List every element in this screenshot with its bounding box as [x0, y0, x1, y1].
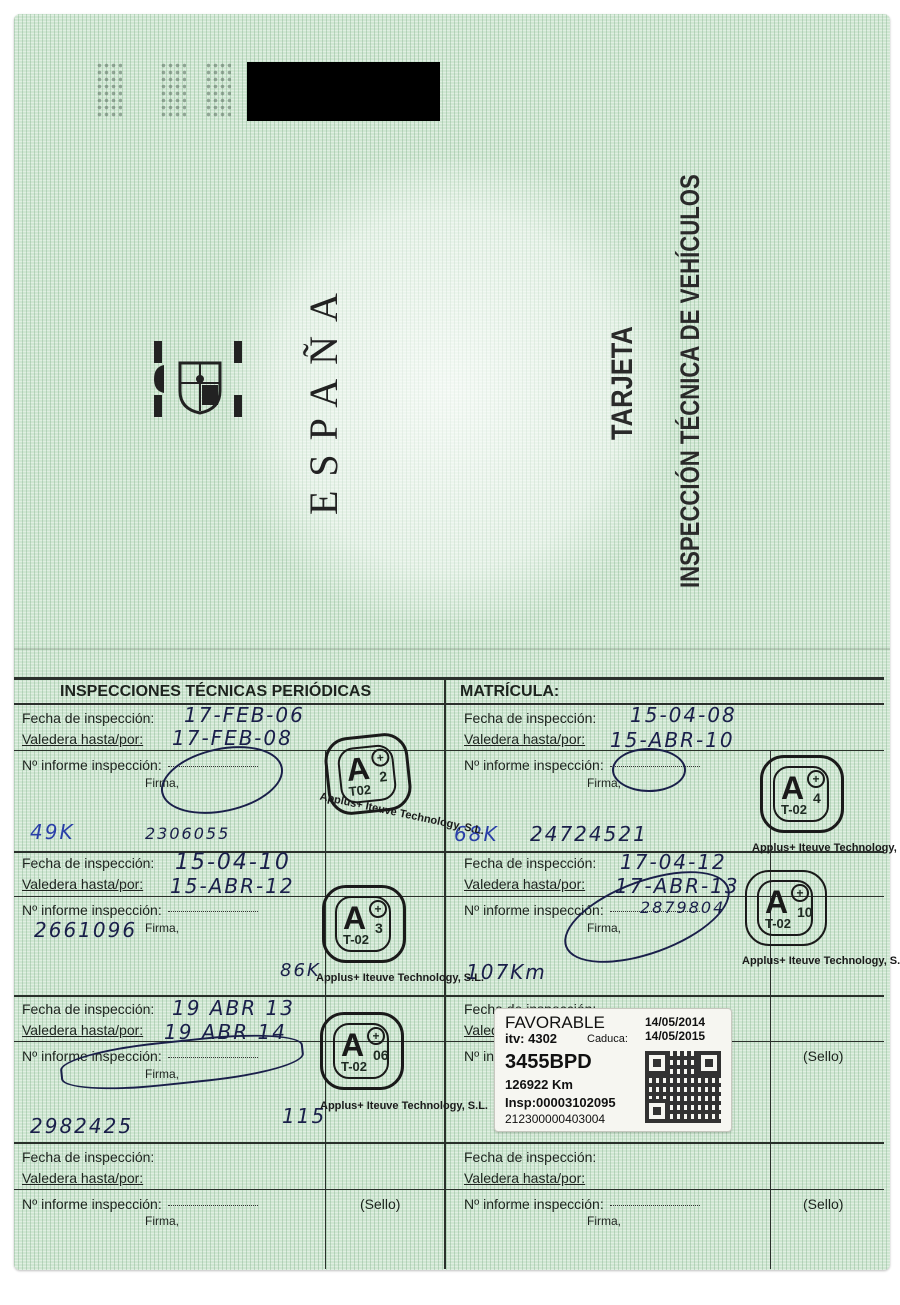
handwritten-km: 49K	[30, 820, 75, 844]
itv-stamp: A+06T-02	[320, 1012, 404, 1090]
left-section-header: INSPECCIONES TÉCNICAS PERIÓDICAS	[60, 683, 371, 701]
fecha-label: Fecha de inspección:	[22, 1149, 154, 1165]
fecha-label: Fecha de inspección:	[22, 1001, 154, 1017]
itv-sticker: FAVORABLE 14/05/2014 itv: 4302 Caduca: 1…	[494, 1008, 732, 1132]
divider	[14, 677, 884, 680]
valedera-label: Valedera hasta/por:	[464, 1170, 585, 1186]
sticker-result: FAVORABLE	[505, 1013, 605, 1033]
qr-code-icon	[645, 1051, 721, 1123]
valedera-label: Valedera hasta/por:	[22, 876, 143, 892]
informe-label: Nº informe inspección:	[22, 902, 258, 918]
signature	[612, 748, 686, 792]
stamp-company: Applus+ Iteuve Technology, S.L.	[320, 1100, 488, 1112]
handwritten-informe: 2982425	[30, 1114, 133, 1138]
card-title: TARJETA	[606, 326, 640, 440]
handwritten-fecha: 15-04-08	[630, 703, 737, 727]
country-title: ESPAÑA	[300, 279, 347, 515]
stamp-company: Applus+ Iteuve Technology, S.L.	[742, 955, 900, 967]
spain-coat-of-arms-icon	[150, 335, 246, 423]
valedera-label: Valedera hasta/por:	[22, 1170, 143, 1186]
redaction-box	[247, 62, 440, 121]
sticker-km: 126922 Km	[505, 1077, 573, 1092]
sticker-code: 212300000403004	[505, 1112, 605, 1126]
card-subtitle: INSPECCIÓN TÉCNICA DE VEHÍCULOS	[675, 174, 706, 588]
itv-stamp: A+10T-02	[745, 870, 827, 946]
stamp-company: Applus+ Iteuve Technology, S.L.	[752, 842, 900, 854]
sticker-insp: Insp:00003102095	[505, 1095, 616, 1110]
handwritten-fecha: 15-04-10	[175, 850, 291, 875]
handwritten-valedera: 15-ABR-12	[170, 874, 295, 898]
handwritten-fecha: 17-04-12	[620, 850, 727, 874]
perforation-digit	[205, 62, 231, 118]
handwritten-informe: 24724521	[530, 822, 648, 846]
handwritten-fecha: 17-FEB-06	[184, 703, 305, 727]
itv-stamp: A+4T-02	[760, 755, 844, 833]
handwritten-valedera: 15-ABR-10	[610, 728, 735, 752]
fecha-label: Fecha de inspección:	[22, 855, 154, 871]
right-section-header: MATRÍCULA:	[460, 683, 559, 701]
informe-label: Nº informe inspección:	[464, 1196, 700, 1212]
divider	[14, 1189, 884, 1190]
valedera-label: Valedera hasta/por:	[464, 731, 585, 747]
fecha-label: Fecha de inspección:	[464, 855, 596, 871]
handwritten-informe: 2306055	[145, 824, 230, 843]
handwritten-informe: 2661096	[34, 918, 137, 942]
divider	[325, 750, 326, 1269]
informe-label: Nº informe inspección:	[22, 1196, 258, 1212]
sticker-caduca-date: 14/05/2015	[645, 1029, 705, 1043]
stamp-company: Applus+ Iteuve Technology, S.L.	[316, 972, 484, 984]
firma-label: Firma,	[145, 1214, 179, 1228]
divider	[14, 1142, 884, 1144]
itv-stamp: A+3T-02	[322, 885, 406, 963]
sticker-date: 14/05/2014	[645, 1015, 705, 1029]
valedera-label: Valedera hasta/por:	[464, 876, 585, 892]
fecha-label: Fecha de inspección:	[464, 710, 596, 726]
sello-label: (Sello)	[803, 1048, 843, 1064]
sello-label: (Sello)	[360, 1196, 400, 1212]
divider	[14, 703, 884, 705]
divider	[14, 995, 884, 997]
fold-crease	[14, 648, 890, 650]
fecha-label: Fecha de inspección:	[464, 1149, 596, 1165]
perforation-digit	[96, 62, 122, 118]
sticker-plate: 3455BPD	[505, 1051, 592, 1074]
perforation-digit	[160, 62, 186, 118]
handwritten-km: 86K	[280, 960, 321, 981]
sticker-caduca-label: Caduca:	[587, 1033, 628, 1045]
handwritten-fecha: 19 ABR 13	[172, 996, 295, 1020]
valedera-label: Valedera hasta/por:	[22, 1022, 143, 1038]
valedera-label: Valedera hasta/por:	[22, 731, 143, 747]
firma-label: Firma,	[145, 921, 179, 935]
divider	[14, 1041, 884, 1042]
sello-label: (Sello)	[803, 1196, 843, 1212]
watermark-emblem	[230, 160, 670, 620]
fecha-label: Fecha de inspección:	[22, 710, 154, 726]
sticker-itv: itv: 4302	[505, 1031, 557, 1046]
divider	[14, 750, 884, 751]
firma-label: Firma,	[587, 1214, 621, 1228]
